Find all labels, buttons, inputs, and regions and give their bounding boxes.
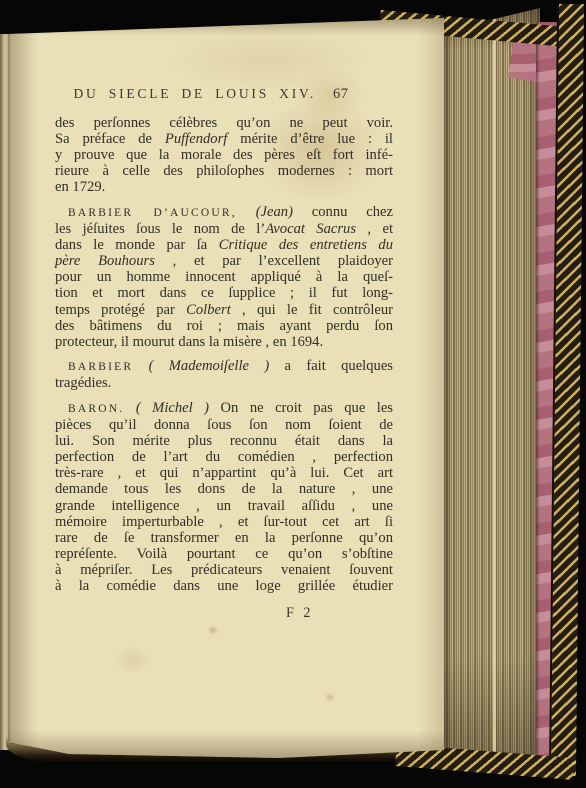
text-segment: pour un homme innocent appliqué à la que… <box>55 269 393 285</box>
italic-text: Colbert <box>186 302 231 318</box>
text-segment: des perſonnes célèbres qu’on ne peut voi… <box>55 115 393 131</box>
italic-text: (Jean) <box>256 204 293 220</box>
text-segment: protecteur, il mourut dans la misère , e… <box>55 334 323 350</box>
signature-mark: F 2 <box>55 605 393 622</box>
text-line: repréſente. Voilà pourtant ce qu’on s’ob… <box>55 546 393 562</box>
fore-edge-highlight-line <box>493 8 496 764</box>
text-segment: On ne croit pas que les <box>209 400 393 416</box>
text-line: des bâtimens du roi ; mais ayant perdu ſ… <box>55 318 393 334</box>
text-segment: grande intelligence , un travail aſſidu … <box>55 498 393 514</box>
text-segment: à mépriſer. Les prédicateurs venaient ſo… <box>55 562 393 578</box>
paragraph: BARBIER D’AUCOUR, (Jean) connu chezles j… <box>55 204 393 350</box>
text-line: à la comédie dans une loge grillée étudi… <box>55 578 393 594</box>
text-line: dans le monde par ſa Critique des entret… <box>55 237 393 253</box>
italic-text: Puffendorf <box>165 131 227 147</box>
text-line: père Bouhours , et par l’excellent plaid… <box>55 253 393 269</box>
text-line: rare de ſe transformer en la perſonne qu… <box>55 530 393 546</box>
entry-name-smallcaps: BARON. <box>68 403 124 415</box>
text-segment: , qui le fit contrôleur <box>231 302 393 318</box>
text-segment: y prouve que la morale des pères eſt for… <box>55 147 393 163</box>
text-line: pièces qu’il donna ſous ſon nom ſoient d… <box>55 417 393 433</box>
text-segment: dans le monde par ſa <box>55 237 219 253</box>
text-segment: rare de ſe transformer en la perſonne qu… <box>55 530 393 546</box>
text-line: lui. Son mérite plus reconnu était dans … <box>55 433 393 449</box>
text-line: grande intelligence , un travail aſſidu … <box>55 498 393 514</box>
text-segment: lui. Son mérite plus reconnu était dans … <box>55 433 393 449</box>
text-line: tion et mort dans ce ſupplice ; il fut l… <box>55 285 393 301</box>
entry-name-smallcaps: BARBIER D’AUCOUR, <box>68 207 237 219</box>
text-segment: à la comédie dans une loge grillée étudi… <box>55 578 393 594</box>
running-title: DU SIECLE DE LOUIS XIV. <box>73 86 316 102</box>
paragraphs-container: des perſonnes célèbres qu’on ne peut voi… <box>55 115 393 594</box>
text-segment: , et par l’excellent plaidoyer <box>155 253 393 269</box>
text-line: protecteur, il mourut dans la misère , e… <box>55 334 393 350</box>
book-photo: DU SIECLE DE LOUIS XIV. 67 des perſonnes… <box>0 0 586 788</box>
italic-text: Critique des entretiens du <box>219 237 393 253</box>
text-line: BARBIER D’AUCOUR, (Jean) connu chez <box>55 204 393 221</box>
text-segment <box>133 358 148 374</box>
text-line: tragédies. <box>55 375 393 391</box>
text-segment: connu chez <box>293 204 393 220</box>
text-segment: , et <box>356 221 393 237</box>
page-number: 67 <box>333 86 349 103</box>
text-line: pour un homme innocent appliqué à la que… <box>55 269 393 285</box>
text-line: y prouve que la morale des pères eſt for… <box>55 147 393 163</box>
text-segment: en 1729. <box>55 179 105 195</box>
text-block: DU SIECLE DE LOUIS XIV. 67 des perſonnes… <box>55 86 393 622</box>
paragraph: BARON. ( Michel ) On ne croit pas que le… <box>55 400 393 594</box>
text-segment: tragédies. <box>55 375 111 391</box>
text-segment <box>237 204 256 220</box>
text-line: rieure à celle des philoſophes modernes … <box>55 163 393 179</box>
text-line: des perſonnes célèbres qu’on ne peut voi… <box>55 115 393 131</box>
text-line: BARON. ( Michel ) On ne croit pas que le… <box>55 400 393 417</box>
text-line: les jéſuites ſous le nom de l’Avocat Sac… <box>55 221 393 237</box>
text-segment: tion et mort dans ce ſupplice ; il fut l… <box>55 285 393 301</box>
text-line: très-rare , et qui n’appartint qu’à lui.… <box>55 465 393 481</box>
italic-text: Avocat Sacrus <box>265 221 356 237</box>
text-segment: pièces qu’il donna ſous ſon nom ſoient d… <box>55 417 393 433</box>
entry-name-smallcaps: BARBIER <box>68 361 133 373</box>
text-segment: les jéſuites ſous le nom de l’ <box>55 221 265 237</box>
italic-text: ( Michel ) <box>136 400 209 416</box>
text-segment: Sa préface de <box>55 131 165 147</box>
italic-text: ( Mademoiſelle ) <box>149 358 270 374</box>
text-line: en 1729. <box>55 179 393 195</box>
text-segment: perfection de l’art du comédien , perfec… <box>55 449 393 465</box>
page-header: DU SIECLE DE LOUIS XIV. 67 <box>55 86 393 103</box>
text-segment <box>124 400 135 416</box>
text-line: BARBIER ( Mademoiſelle ) a fait quelques <box>55 358 393 375</box>
italic-text: père Bouhours <box>55 253 155 269</box>
text-segment: mérite d’être lue : il <box>227 131 393 147</box>
paragraph: BARBIER ( Mademoiſelle ) a fait quelques… <box>55 358 393 391</box>
fore-edge <box>441 8 540 764</box>
text-segment: demande tous les dons de la nature , une <box>55 481 393 497</box>
text-line: Sa préface de Puffendorf mérite d’être l… <box>55 131 393 147</box>
text-line: perfection de l’art du comédien , perfec… <box>55 449 393 465</box>
text-line: temps protégé par Colbert , qui le fit c… <box>55 302 393 318</box>
text-segment: très-rare , et qui n’appartint qu’à lui.… <box>55 465 393 481</box>
paragraph: des perſonnes célèbres qu’on ne peut voi… <box>55 115 393 195</box>
text-line: mémoire imperturbable , et ſur-tout cet … <box>55 514 393 530</box>
text-segment: a fait quelques <box>269 358 393 374</box>
book-page: DU SIECLE DE LOUIS XIV. 67 des perſonnes… <box>8 16 444 758</box>
text-line: demande tous les dons de la nature , une <box>55 481 393 497</box>
text-segment: temps protégé par <box>55 302 186 318</box>
text-segment: des bâtimens du roi ; mais ayant perdu ſ… <box>55 318 393 334</box>
text-line: à mépriſer. Les prédicateurs venaient ſo… <box>55 562 393 578</box>
text-segment: mémoire imperturbable , et ſur-tout cet … <box>55 514 393 530</box>
text-segment: rieure à celle des philoſophes modernes … <box>55 163 393 179</box>
text-segment: repréſente. Voilà pourtant ce qu’on s’ob… <box>55 546 393 562</box>
